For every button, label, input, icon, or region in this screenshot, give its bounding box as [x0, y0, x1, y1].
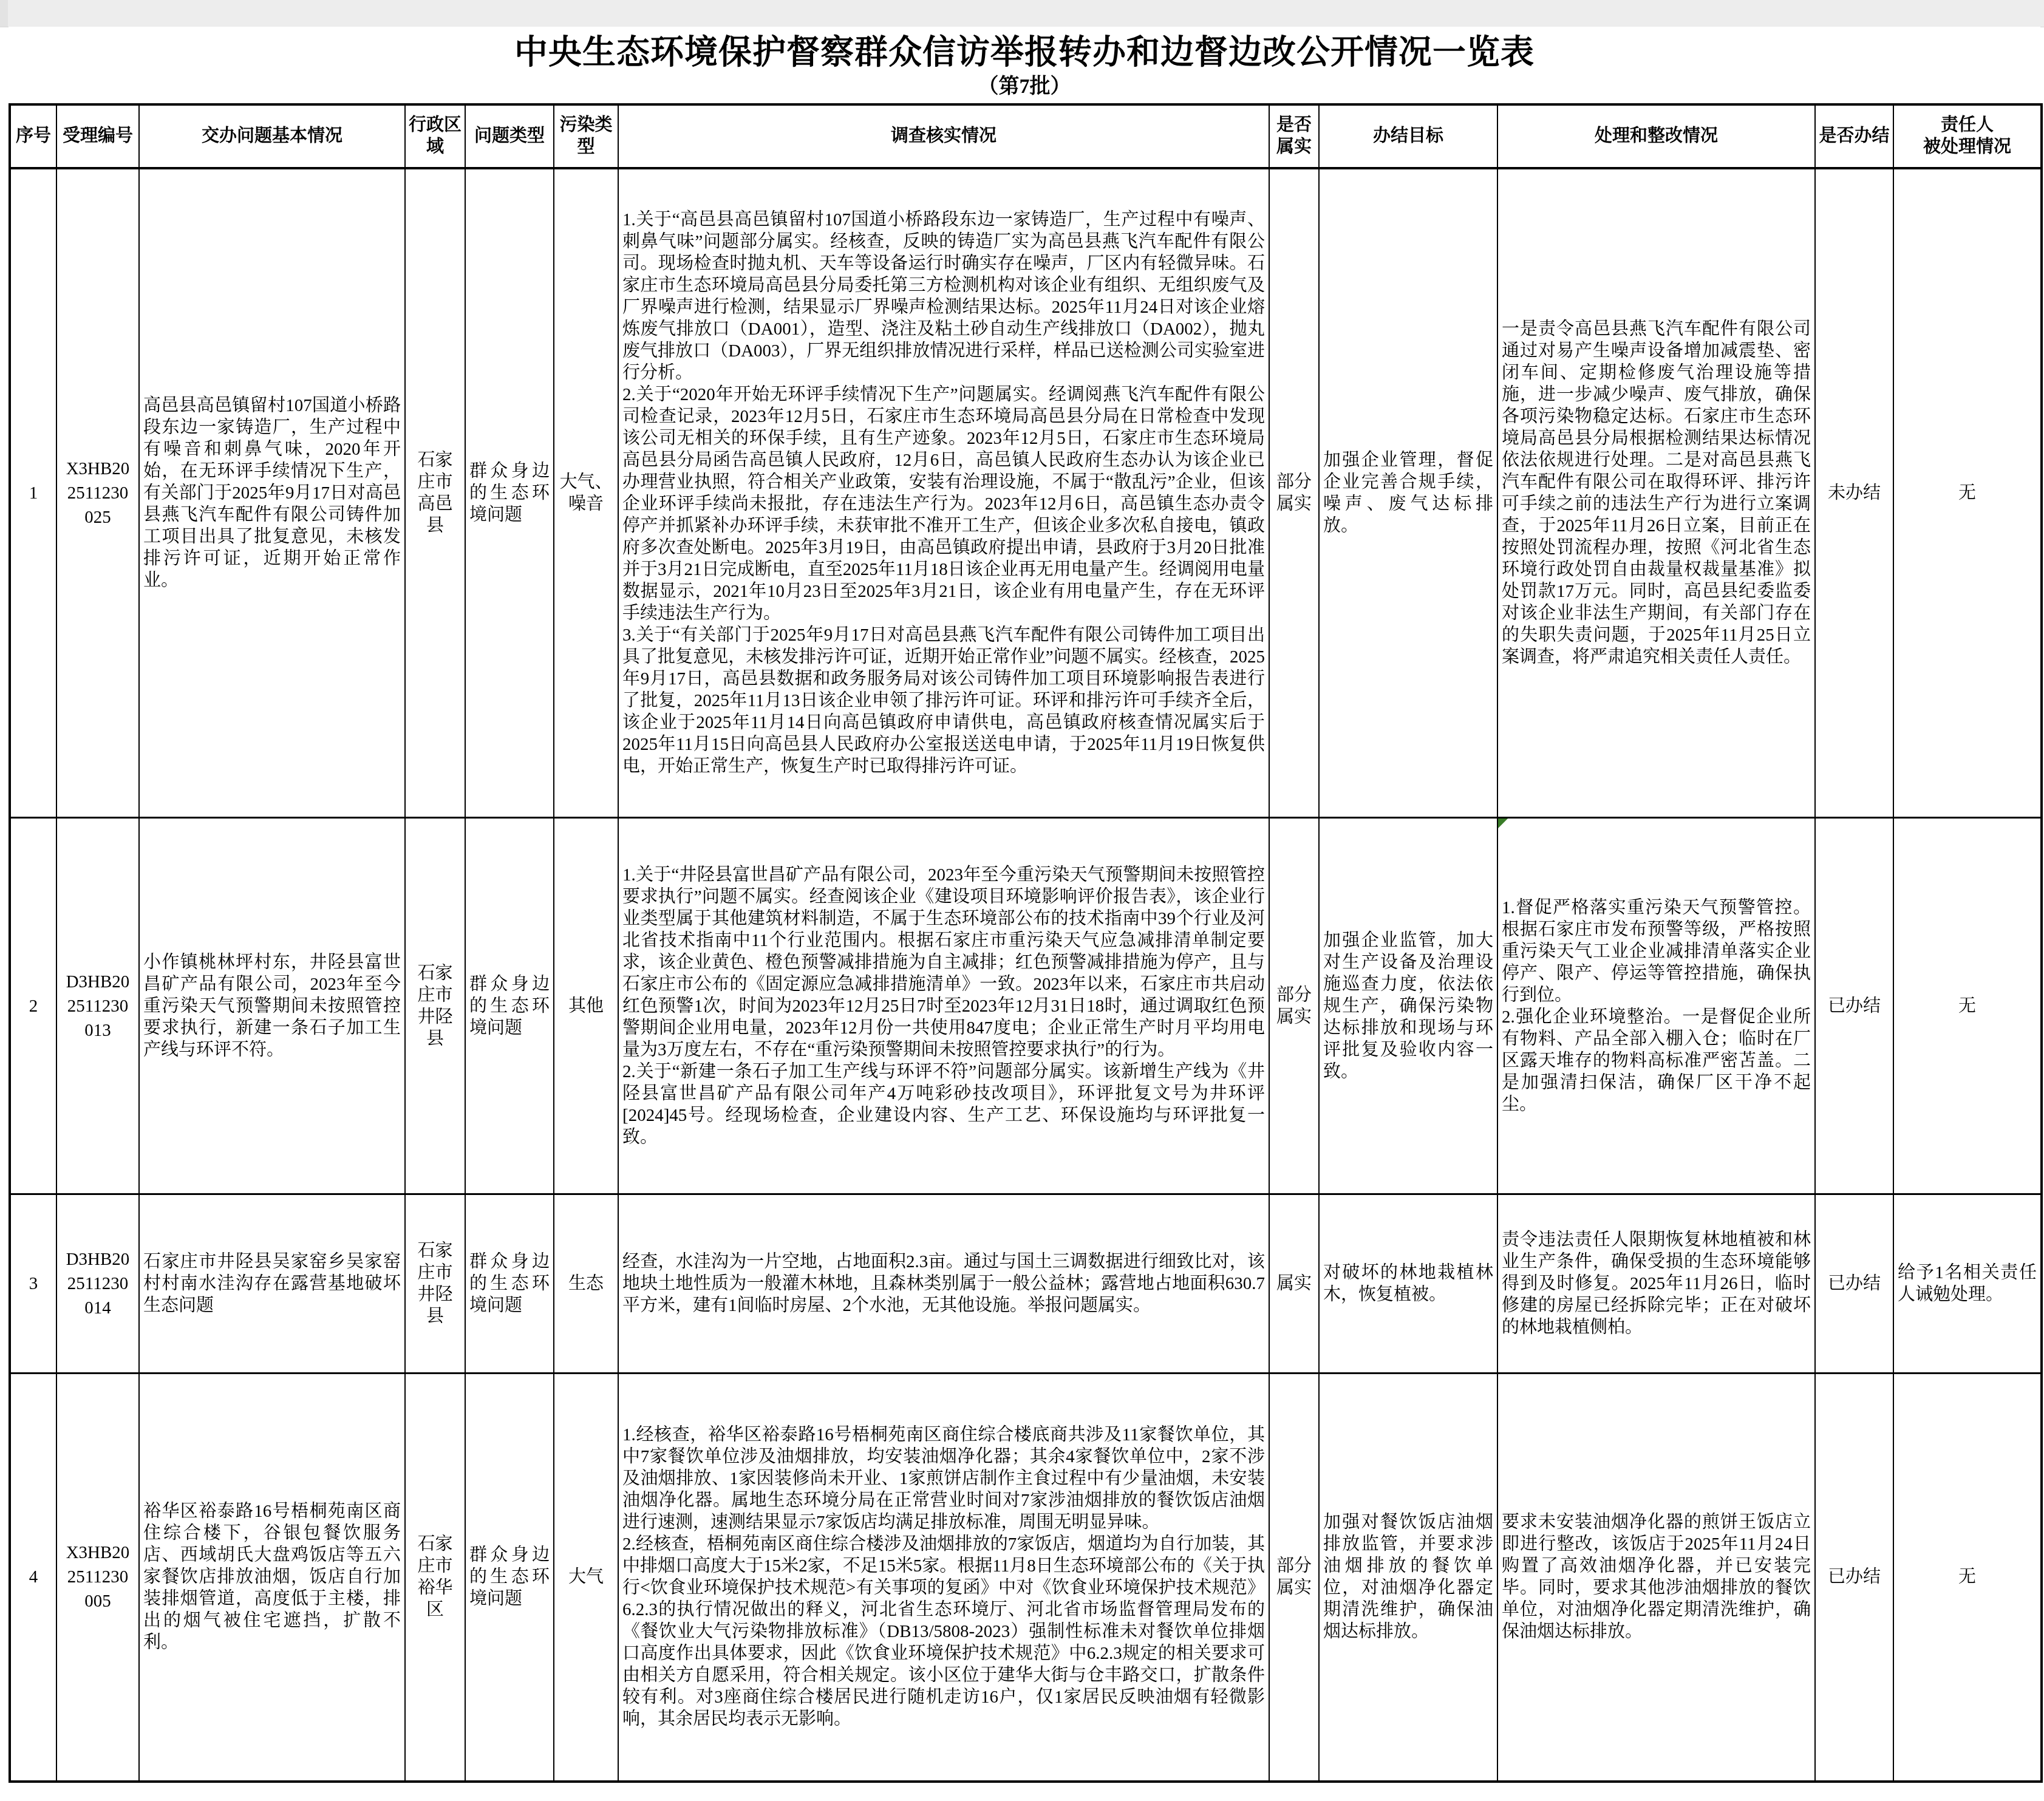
col-header-verification: 调查核实情况: [618, 104, 1269, 168]
page-title: 中央生态环境保护督察群众信访举报转办和边督边改公开情况一览表: [9, 32, 2040, 73]
cell-rectification-text: 1.督促严格落实重污染天气预警管控。根据石家庄市发布预警等级，严格按照重污染天气…: [1502, 898, 1811, 1114]
cell-rectification: 要求未安装油烟净化器的煎饼王饭店立即进行整改，该饭店于2025年11月24日购置…: [1497, 1374, 1815, 1782]
cell-no: 4: [10, 1374, 56, 1782]
header-row: 序号 受理编号 交办问题基本情况 行政区域 问题类型 污染类型 调查核实情况 是…: [10, 104, 2042, 168]
col-header-no: 序号: [10, 104, 56, 168]
table-row: 1 X3HB202511230025 高邑县高邑镇留村107国道小桥路段东边一家…: [10, 168, 2042, 818]
cell-pollution: 生态: [554, 1194, 618, 1374]
col-header-done: 是否办结: [1815, 104, 1893, 168]
spreadsheet-top-margin: [0, 0, 2044, 27]
cell-problem: 小作镇桃林坪村东，井陉县富世昌矿产品有限公司，2023年至今重污染天气预警期间未…: [139, 818, 405, 1194]
cell-rectification: 一是责令高邑县燕飞汽车配件有限公司通过对易产生噪声设备增加减震垫、密闭车间、定期…: [1497, 168, 1815, 818]
cell-target: 加强企业管理，督促企业完善合规手续，噪声、废气达标排放。: [1319, 168, 1497, 818]
cell-verification: 1.关于“井陉县富世昌矿产品有限公司，2023年至今重污染天气预警期间未按照管控…: [618, 818, 1269, 1194]
cell-region: 石家庄市井陉县: [405, 818, 465, 1194]
cell-pollution: 其他: [554, 818, 618, 1194]
document-sheet: 中央生态环境保护督察群众信访举报转办和边督边改公开情况一览表 （第7批） 序号 …: [9, 27, 2040, 1783]
cell-done: 已办结: [1815, 818, 1893, 1194]
cell-problem: 石家庄市井陉县吴家窑乡吴家窑村村南水洼沟存在露营基地破坏生态问题: [139, 1194, 405, 1374]
cell-type: 群众身边的生态环境问题: [465, 1194, 554, 1374]
page-subtitle-batch: （第7批）: [9, 75, 2040, 100]
cell-no: 3: [10, 1194, 56, 1374]
cell-id: D3HB202511230013: [56, 818, 139, 1194]
cell-verification: 经查，水洼沟为一片空地，占地面积2.3亩。通过与国土三调数据进行细致比对，该地块…: [618, 1194, 1269, 1374]
cell-no: 2: [10, 818, 56, 1194]
cell-is-true: 属实: [1269, 1194, 1319, 1374]
cell-target: 加强对餐饮饭店油烟排放监管，并要求涉油烟排放的餐饮单位，对油烟净化器定期清洗维护…: [1319, 1374, 1497, 1782]
cell-rectification: 责令违法责任人限期恢复林地植被和林业生产条件，确保受损的生态环境能够得到及时修复…: [1497, 1194, 1815, 1374]
cell-pollution: 大气: [554, 1374, 618, 1782]
cell-done: 已办结: [1815, 1374, 1893, 1782]
table-row: 4 X3HB202511230005 裕华区裕泰路16号梧桐苑南区商住综合楼下，…: [10, 1374, 2042, 1782]
col-header-is-true: 是否属实: [1269, 104, 1319, 168]
cell-problem: 裕华区裕泰路16号梧桐苑南区商住综合楼下，谷银包餐饮服务店、西域胡氏大盘鸡饭店等…: [139, 1374, 405, 1782]
cell-is-true: 部分属实: [1269, 1374, 1319, 1782]
disclosure-table: 序号 受理编号 交办问题基本情况 行政区域 问题类型 污染类型 调查核实情况 是…: [9, 103, 2043, 1783]
col-header-target: 办结目标: [1319, 104, 1497, 168]
cell-id: X3HB202511230025: [56, 168, 139, 818]
col-header-rectification: 处理和整改情况: [1497, 104, 1815, 168]
table-row: 2 D3HB202511230013 小作镇桃林坪村东，井陉县富世昌矿产品有限公…: [10, 818, 2042, 1194]
cell-is-true: 部分属实: [1269, 168, 1319, 818]
cell-type: 群众身边的生态环境问题: [465, 1374, 554, 1782]
cell-verification: 1.关于“高邑县高邑镇留村107国道小桥路段东边一家铸造厂，生产过程中有噪声、刺…: [618, 168, 1269, 818]
cell-accountability: 无: [1893, 818, 2042, 1194]
cell-type: 群众身边的生态环境问题: [465, 168, 554, 818]
cell-accountability: 给予1名相关责任人诫勉处理。: [1893, 1194, 2042, 1374]
excel-comment-corner-icon: [1498, 819, 1508, 828]
cell-target: 加强企业监管，加大对生产设备及治理设施巡查力度，依法依规生产，确保污染物达标排放…: [1319, 818, 1497, 1194]
cell-no: 1: [10, 168, 56, 818]
cell-verification: 1.经核查，裕华区裕泰路16号梧桐苑南区商住综合楼底商共涉及11家餐饮单位，其中…: [618, 1374, 1269, 1782]
table-row: 3 D3HB202511230014 石家庄市井陉县吴家窑乡吴家窑村村南水洼沟存…: [10, 1194, 2042, 1374]
col-header-region: 行政区域: [405, 104, 465, 168]
cell-done: 已办结: [1815, 1194, 1893, 1374]
col-header-accountability: 责任人 被处理情况: [1893, 104, 2042, 168]
cell-id: D3HB202511230014: [56, 1194, 139, 1374]
cell-rectification: 1.督促严格落实重污染天气预警管控。根据石家庄市发布预警等级，严格按照重污染天气…: [1497, 818, 1815, 1194]
cell-accountability: 无: [1893, 1374, 2042, 1782]
col-header-id: 受理编号: [56, 104, 139, 168]
cell-region: 石家庄市裕华区: [405, 1374, 465, 1782]
cell-problem: 高邑县高邑镇留村107国道小桥路段东边一家铸造厂，生产过程中有噪音和刺鼻气味，2…: [139, 168, 405, 818]
cell-target: 对破坏的林地栽植林木，恢复植被。: [1319, 1194, 1497, 1374]
cell-type: 群众身边的生态环境问题: [465, 818, 554, 1194]
col-header-problem: 交办问题基本情况: [139, 104, 405, 168]
col-header-type: 问题类型: [465, 104, 554, 168]
col-header-pollution: 污染类型: [554, 104, 618, 168]
spreadsheet-left-margin: [0, 0, 8, 27]
cell-done: 未办结: [1815, 168, 1893, 818]
cell-pollution: 大气、噪音: [554, 168, 618, 818]
cell-id: X3HB202511230005: [56, 1374, 139, 1782]
cell-region: 石家庄市井陉县: [405, 1194, 465, 1374]
cell-region: 石家庄市高邑县: [405, 168, 465, 818]
cell-is-true: 部分属实: [1269, 818, 1319, 1194]
cell-accountability: 无: [1893, 168, 2042, 818]
